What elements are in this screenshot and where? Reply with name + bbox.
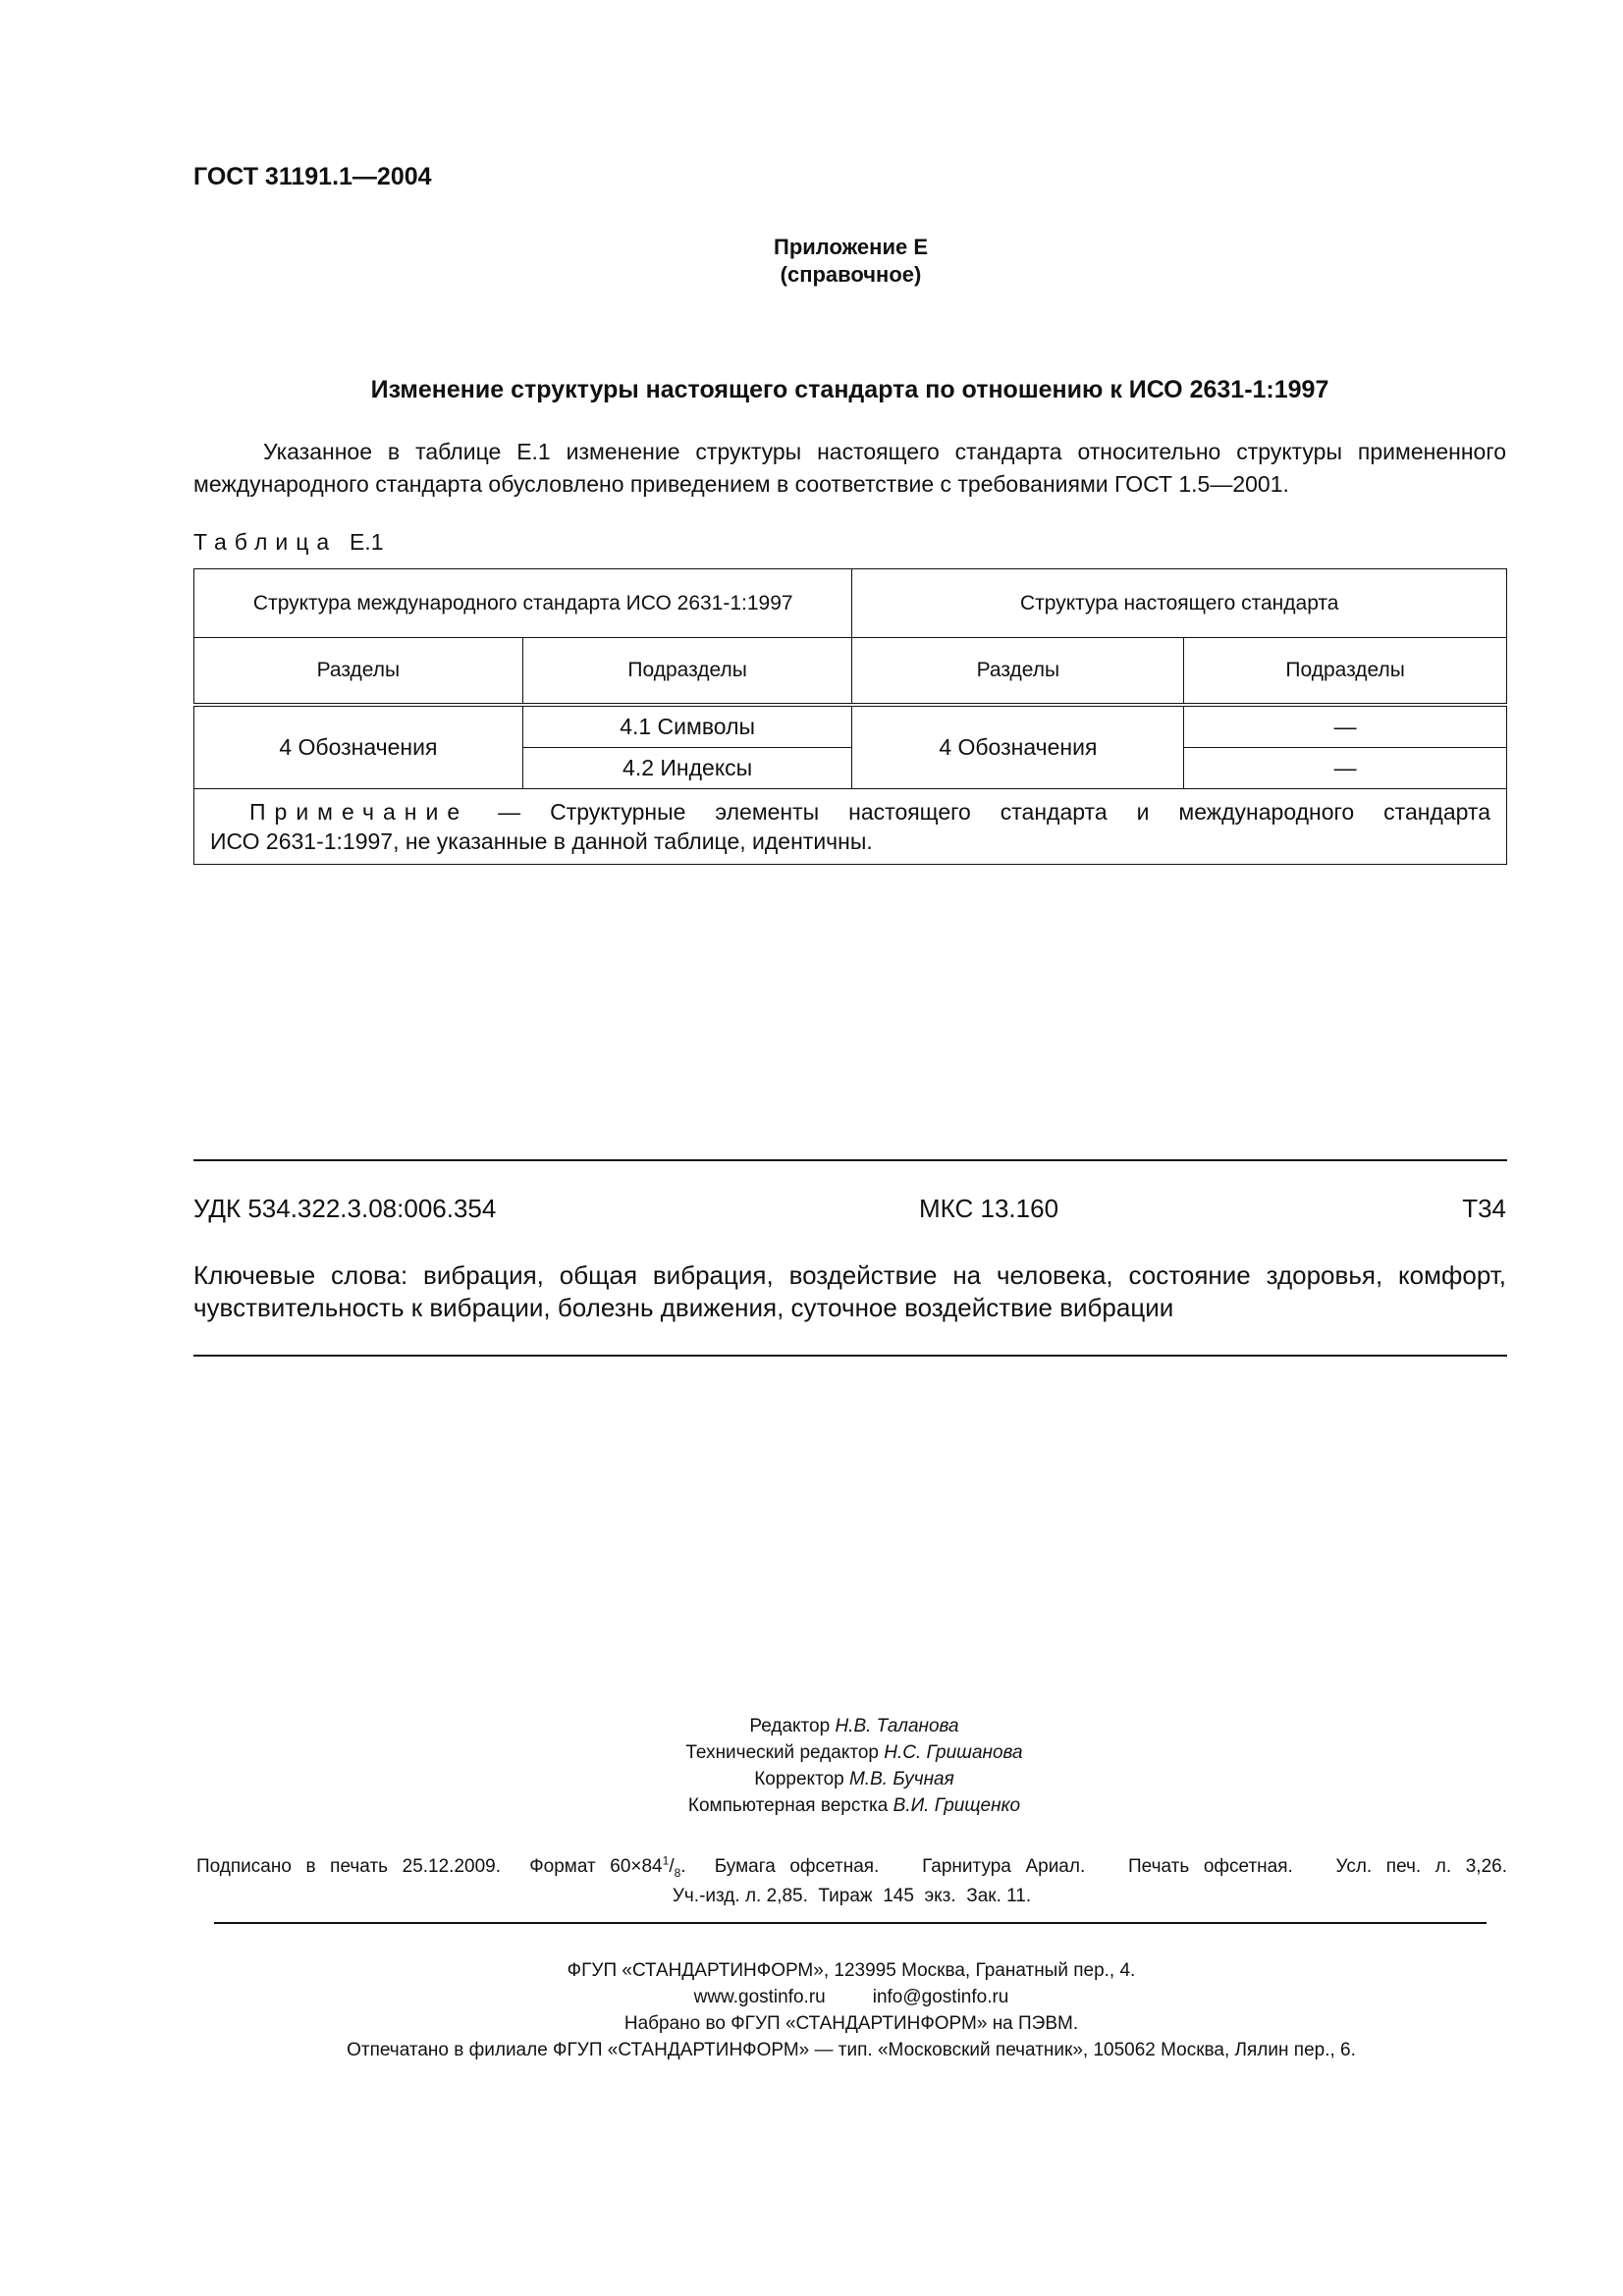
table-column-header-row: Разделы Подразделы Разделы Подразделы bbox=[194, 638, 1507, 706]
iso-subsection-cell: 4.1 Символы bbox=[522, 705, 852, 748]
credit-proofreader: Корректор М.В. Бучная bbox=[0, 1766, 1623, 1792]
current-subsection-cell: — bbox=[1184, 748, 1507, 789]
credit-tech-editor: Технический редактор Н.С. Гришанова bbox=[0, 1739, 1623, 1766]
mks-code: МКС 13.160 bbox=[919, 1194, 1058, 1224]
typeset-info: Набрано во ФГУП «СТАНДАРТИНФОРМ» на ПЭВМ… bbox=[0, 2010, 1623, 2037]
current-structure-header: Структура настоящего стандарта bbox=[852, 569, 1507, 638]
section-title: Изменение структуры настоящего стандарта… bbox=[193, 376, 1506, 404]
publisher-contacts: www.gostinfo.ruinfo@gostinfo.ru bbox=[0, 1984, 1623, 2010]
divider-bottom bbox=[193, 1355, 1507, 1357]
credit-layout: Компьютерная верстка В.И. Грищенко bbox=[0, 1792, 1623, 1819]
email-link[interactable]: info@gostinfo.ru bbox=[873, 1987, 1009, 2007]
note-text-1: Структурные элементы настоящего стандарт… bbox=[550, 799, 1490, 825]
category-code: Т34 bbox=[1434, 1194, 1506, 1224]
divider-top bbox=[193, 1159, 1507, 1161]
table-caption-word: Таблица bbox=[193, 529, 337, 555]
credit-editor: Редактор Н.В. Таланова bbox=[0, 1713, 1623, 1739]
udk-code: УДК 534.322.3.08:006.354 bbox=[193, 1194, 496, 1224]
iso-structure-header: Структура международного стандарта ИСО 2… bbox=[194, 569, 852, 638]
table-note: Примечание — Структурные элементы настоя… bbox=[194, 789, 1507, 865]
credits-block: Редактор Н.В. Таланова Технический редак… bbox=[0, 1713, 1623, 1819]
table-group-header-row: Структура международного стандарта ИСО 2… bbox=[194, 569, 1507, 638]
print-info: Подписано в печать 25.12.2009. Формат 60… bbox=[196, 1852, 1507, 1911]
iso-subsection-cell: 4.2 Индексы bbox=[522, 748, 852, 789]
current-section-cell: 4 Обозначения bbox=[852, 705, 1184, 789]
column-header: Подразделы bbox=[522, 638, 852, 706]
keywords: Ключевые слова: вибрация, общая вибрация… bbox=[193, 1259, 1506, 1324]
intro-paragraph: Указанное в таблице Е.1 изменение структ… bbox=[193, 436, 1506, 501]
table-row: 4 Обозначения 4.1 Символы 4 Обозначения … bbox=[194, 705, 1507, 748]
publisher-address: ФГУП «СТАНДАРТИНФОРМ», 123995 Москва, Гр… bbox=[0, 1957, 1623, 1984]
keywords-line-2: чувствительность к вибрации, болезнь дви… bbox=[193, 1293, 1173, 1322]
note-line-1: Примечание — Структурные элементы настоя… bbox=[210, 797, 1490, 827]
print-info-line-1: Подписано в печать 25.12.2009. Формат 60… bbox=[196, 1852, 1507, 1882]
format: Формат 60×841/8. bbox=[529, 1856, 685, 1877]
iso-section-cell: 4 Обозначения bbox=[194, 705, 523, 789]
column-header: Разделы bbox=[194, 638, 523, 706]
table-caption: Таблица Е.1 bbox=[193, 529, 384, 556]
column-header: Разделы bbox=[852, 638, 1184, 706]
print-info-line-2: Уч.-изд. л. 2,85. Тираж 145 экз. Зак. 11… bbox=[196, 1882, 1507, 1911]
divider-publisher bbox=[214, 1922, 1487, 1924]
note-line-2: ИСО 2631-1:1997, не указанные в данной т… bbox=[210, 828, 873, 854]
column-header: Подразделы bbox=[1184, 638, 1507, 706]
printed-info: Отпечатано в филиале ФГУП «СТАНДАРТИНФОР… bbox=[0, 2037, 1623, 2063]
table-note-row: Примечание — Структурные элементы настоя… bbox=[194, 789, 1507, 865]
website-link[interactable]: www.gostinfo.ru bbox=[694, 1987, 826, 2007]
table-caption-number: Е.1 bbox=[350, 529, 384, 555]
structure-table: Структура международного стандарта ИСО 2… bbox=[193, 568, 1507, 865]
note-dash: — bbox=[468, 799, 550, 825]
publisher-block: ФГУП «СТАНДАРТИНФОРМ», 123995 Москва, Гр… bbox=[0, 1957, 1623, 2063]
annex-heading: Приложение Е (справочное) bbox=[0, 234, 1623, 289]
note-lead: Примечание bbox=[210, 799, 468, 825]
current-subsection-cell: — bbox=[1184, 705, 1507, 748]
annex-title: Приложение Е bbox=[0, 234, 1623, 261]
annex-type: (справочное) bbox=[0, 261, 1623, 289]
document-code: ГОСТ 31191.1—2004 bbox=[193, 163, 432, 191]
keywords-line-1: Ключевые слова: вибрация, общая вибрация… bbox=[193, 1259, 1506, 1292]
